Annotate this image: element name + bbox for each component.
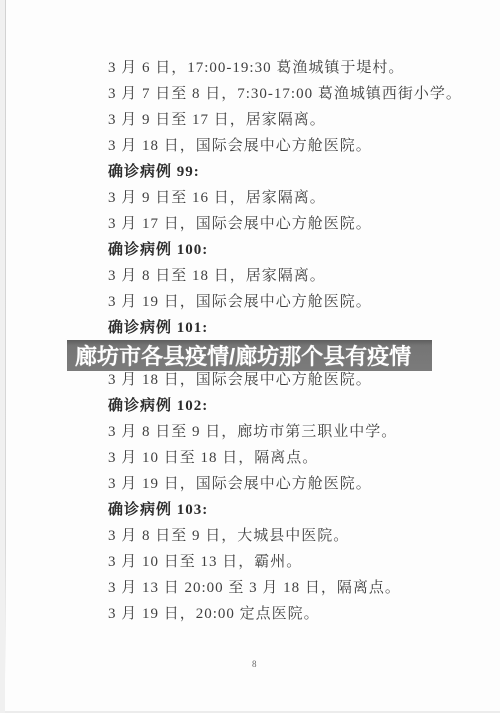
case-heading: 确诊病例 103: [108, 497, 462, 523]
timeline-line: 3 月 19 日，20:00 定点医院。 [108, 601, 462, 627]
scan-left-edge-line [5, 0, 6, 680]
timeline-line: 3 月 19 日，国际会展中心方舱医院。 [108, 289, 462, 315]
timeline-line: 3 月 19 日，国际会展中心方舱医院。 [108, 471, 462, 497]
case-heading: 确诊病例 100: [108, 237, 462, 263]
timeline-line: 3 月 9 日至 17 日，居家隔离。 [108, 107, 462, 133]
timeline-line: 3 月 8 日至 9 日，廊坊市第三职业中学。 [108, 419, 462, 445]
caption-overlay-title: 廊坊市各县疫情/廊坊那个县有疫情 [75, 340, 411, 371]
timeline-line: 3 月 10 日至 18 日，隔离点。 [108, 445, 462, 471]
timeline-line: 3 月 18 日，国际会展中心方舱医院。 [108, 133, 462, 159]
timeline-line: 3 月 13 日 20:00 至 3 月 18 日，隔离点。 [108, 575, 462, 601]
case-heading: 确诊病例 99: [108, 159, 462, 185]
timeline-line: 3 月 8 日至 18 日，居家隔离。 [108, 263, 462, 289]
caption-overlay-banner: 廊坊市各县疫情/廊坊那个县有疫情 [67, 340, 432, 371]
case-heading: 确诊病例 102: [108, 393, 462, 419]
case-heading: 确诊病例 101: [108, 315, 462, 341]
timeline-line: 3 月 9 日至 16 日，居家隔离。 [108, 185, 462, 211]
timeline-line: 3 月 10 日至 13 日，霸州。 [108, 549, 462, 575]
page-number: 8 [252, 659, 257, 669]
timeline-line: 3 月 8 日至 9 日，大城县中医院。 [108, 523, 462, 549]
timeline-line: 3 月 7 日至 8 日，7:30-17:00 葛渔城镇西街小学。 [108, 81, 462, 107]
timeline-line: 3 月 17 日，国际会展中心方舱医院。 [108, 211, 462, 237]
scanned-document-page: 3 月 6 日，17:00-19:30 葛渔城镇于堤村。3 月 7 日至 8 日… [0, 0, 500, 713]
timeline-line: 3 月 6 日，17:00-19:30 葛渔城镇于堤村。 [108, 55, 462, 81]
